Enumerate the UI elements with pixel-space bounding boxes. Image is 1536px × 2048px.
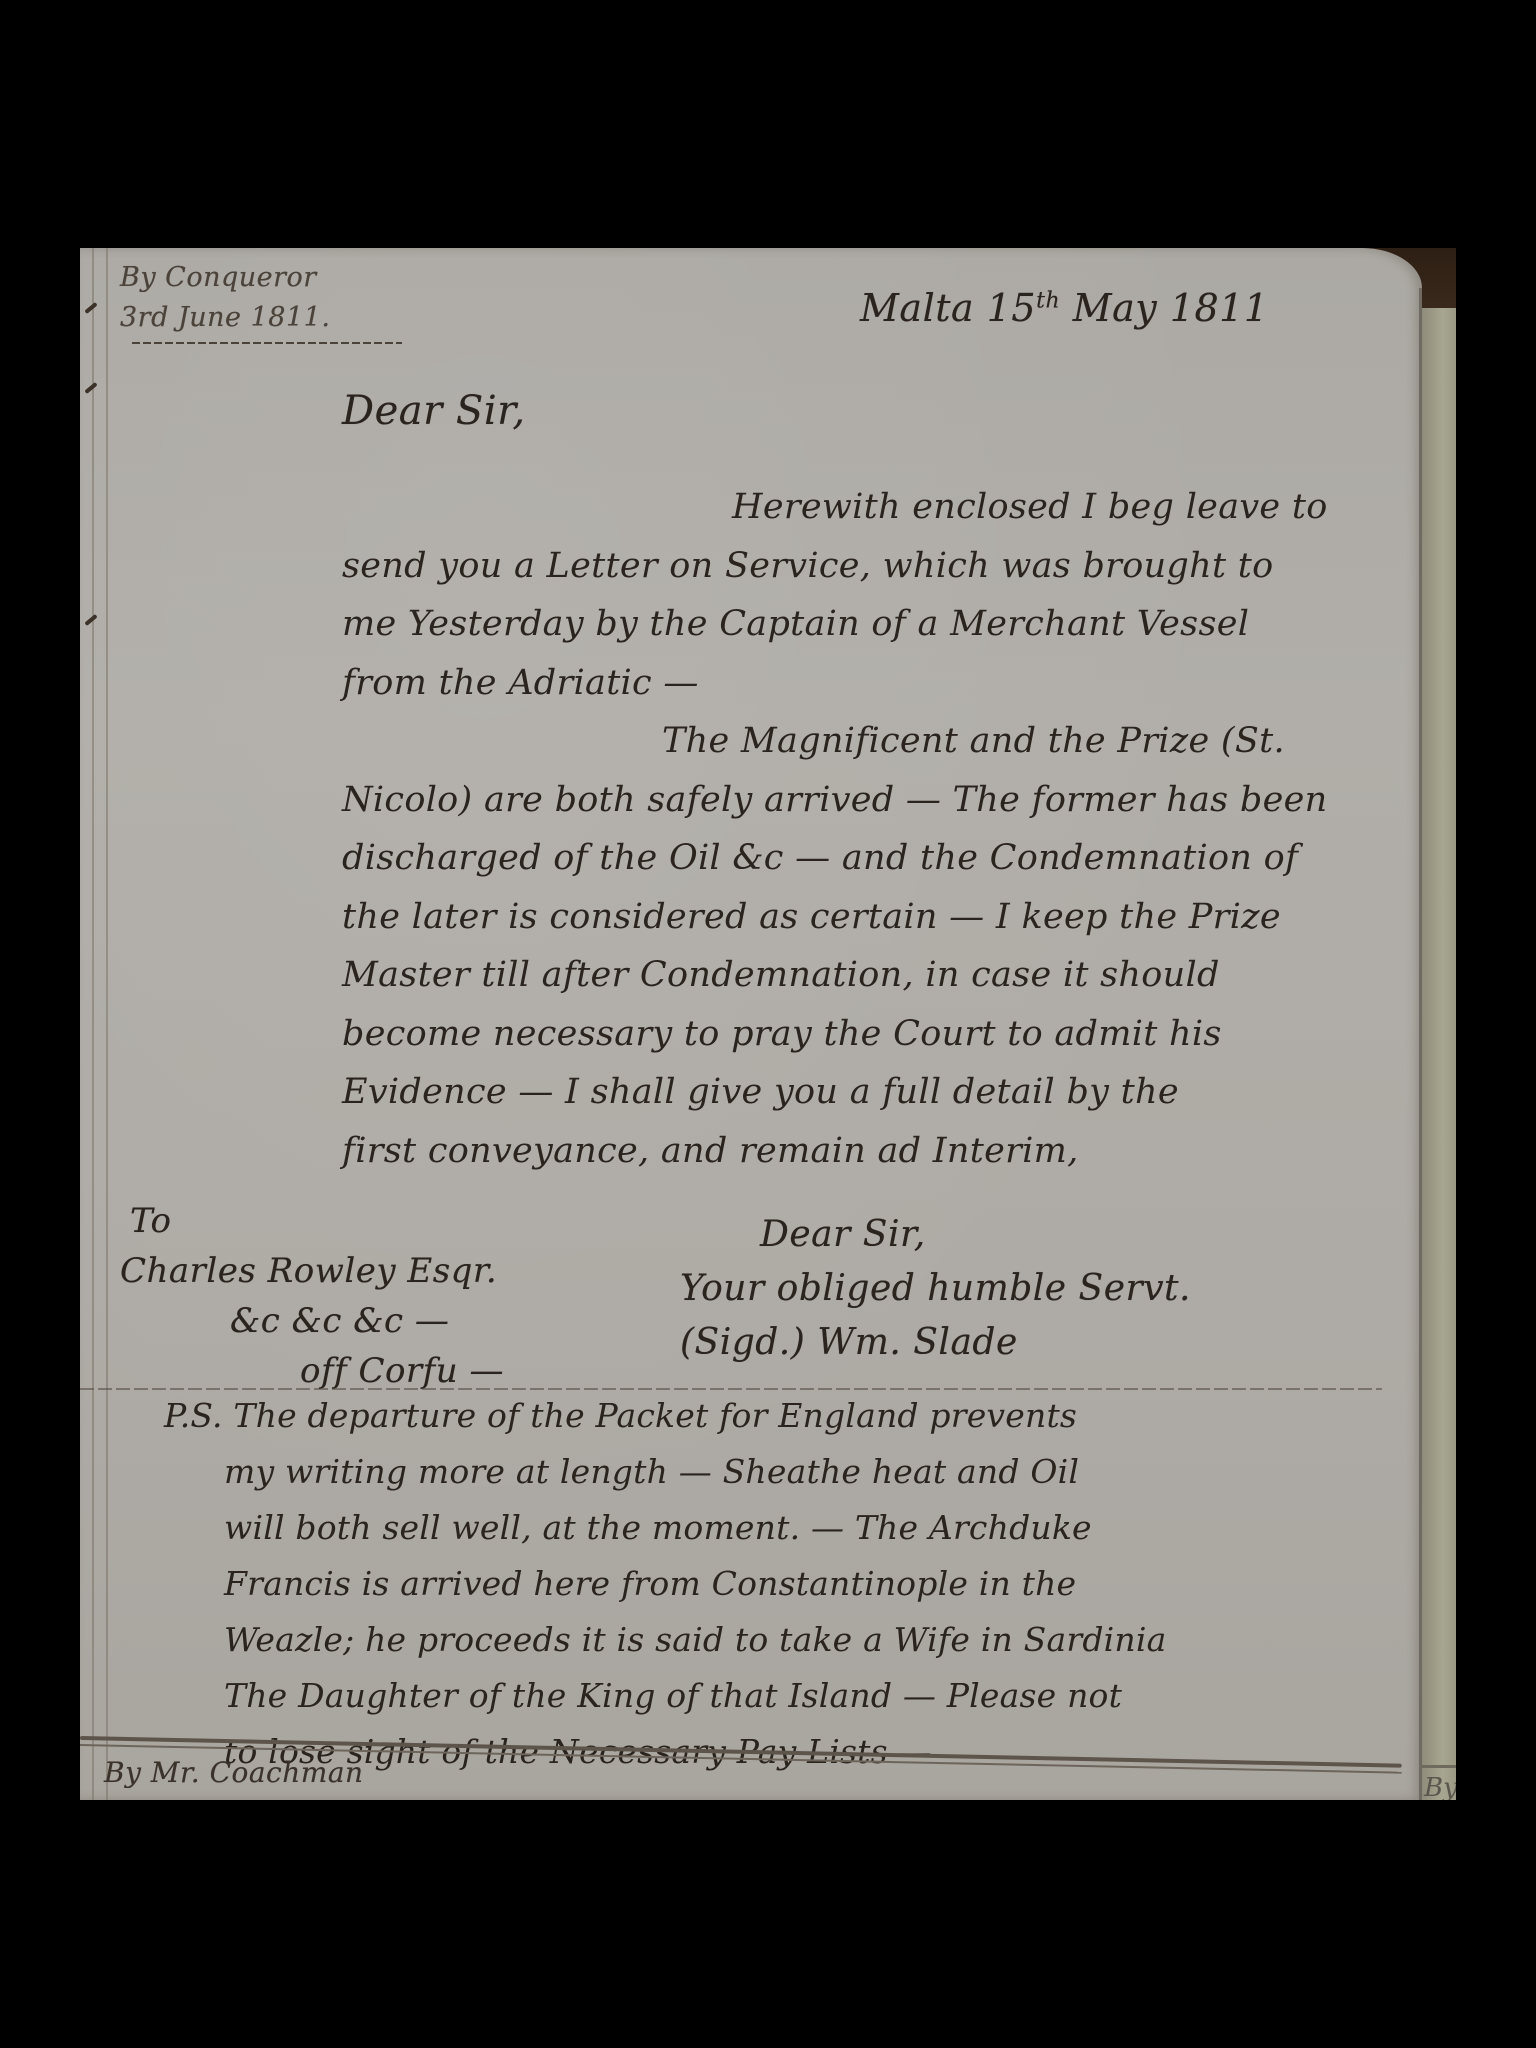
next-entry-docket: By Mr. Coachman bbox=[104, 1756, 364, 1789]
docket-underline bbox=[132, 342, 402, 344]
facing-page-fragment: By bbox=[1424, 1773, 1454, 1800]
postscript: P.S. The departure of the Packet for Eng… bbox=[164, 1388, 1364, 1780]
body-line: from the Adriatic — bbox=[342, 654, 1362, 713]
postscript-line: P.S. The departure of the Packet for Eng… bbox=[164, 1388, 1364, 1444]
salutation: Dear Sir, bbox=[342, 388, 526, 434]
letter-body: Herewith enclosed I beg leave to send yo… bbox=[342, 478, 1362, 1180]
margin-mark bbox=[84, 302, 97, 314]
manuscript-photograph: By By Conqueror 3rd June 1811. Malta 15t… bbox=[80, 248, 1456, 1800]
addressee-to: To bbox=[120, 1196, 504, 1246]
postscript-line: The Daughter of the King of that Island … bbox=[164, 1668, 1364, 1724]
date-month-year: May 1811 bbox=[1073, 286, 1269, 330]
margin-mark bbox=[84, 614, 97, 626]
addressee-etc: &c &c &c — bbox=[120, 1296, 504, 1346]
closing-block: Dear Sir, Your obliged humble Servt. (Si… bbox=[680, 1208, 1191, 1370]
margin-mark bbox=[84, 382, 97, 394]
body-line: Herewith enclosed I beg leave to bbox=[342, 478, 1362, 537]
body-line: become necessary to pray the Court to ad… bbox=[342, 1005, 1362, 1064]
body-line: me Yesterday by the Captain of a Merchan… bbox=[342, 595, 1362, 654]
body-line: first conveyance, and remain ad Interim, bbox=[342, 1122, 1362, 1181]
date-place: Malta bbox=[860, 286, 974, 330]
postscript-line: Francis is arrived here from Constantino… bbox=[164, 1556, 1364, 1612]
docket-line-2: 3rd June 1811. bbox=[120, 298, 330, 338]
margin-rule bbox=[92, 248, 94, 1800]
date-day: 15 bbox=[987, 286, 1036, 330]
body-line: send you a Letter on Service, which was … bbox=[342, 537, 1362, 596]
body-line: discharged of the Oil &c — and the Conde… bbox=[342, 829, 1362, 888]
docket-line-1: By Conqueror bbox=[120, 258, 330, 298]
addressee-name: Charles Rowley Esqr. bbox=[120, 1246, 504, 1296]
date-line: Malta 15th May 1811 bbox=[860, 286, 1269, 330]
facing-page-edge bbox=[1422, 308, 1456, 1800]
signature: (Sigd.) Wm. Slade bbox=[680, 1316, 1191, 1370]
postscript-line: my writing more at length — Sheathe heat… bbox=[164, 1444, 1364, 1500]
body-line: the later is considered as certain — I k… bbox=[342, 888, 1362, 947]
postscript-line: will both sell well, at the moment. — Th… bbox=[164, 1500, 1364, 1556]
closing-valediction: Your obliged humble Servt. bbox=[680, 1262, 1191, 1316]
body-line: Nicolo) are both safely arrived — The fo… bbox=[342, 771, 1362, 830]
body-line: Evidence — I shall give you a full detai… bbox=[342, 1063, 1362, 1122]
closing-salutation: Dear Sir, bbox=[680, 1208, 1191, 1262]
date-day-suffix: th bbox=[1036, 288, 1060, 313]
body-line: Master till after Condemnation, in case … bbox=[342, 946, 1362, 1005]
addressee-block: To Charles Rowley Esqr. &c &c &c — off C… bbox=[120, 1196, 504, 1396]
body-line: The Magnificent and the Prize (St. bbox=[342, 712, 1362, 771]
postscript-line: Weazle; he proceeds it is said to take a… bbox=[164, 1612, 1364, 1668]
margin-rule bbox=[106, 248, 108, 1800]
docket-note: By Conqueror 3rd June 1811. bbox=[120, 258, 330, 338]
letter-page: By Conqueror 3rd June 1811. Malta 15th M… bbox=[80, 248, 1422, 1800]
